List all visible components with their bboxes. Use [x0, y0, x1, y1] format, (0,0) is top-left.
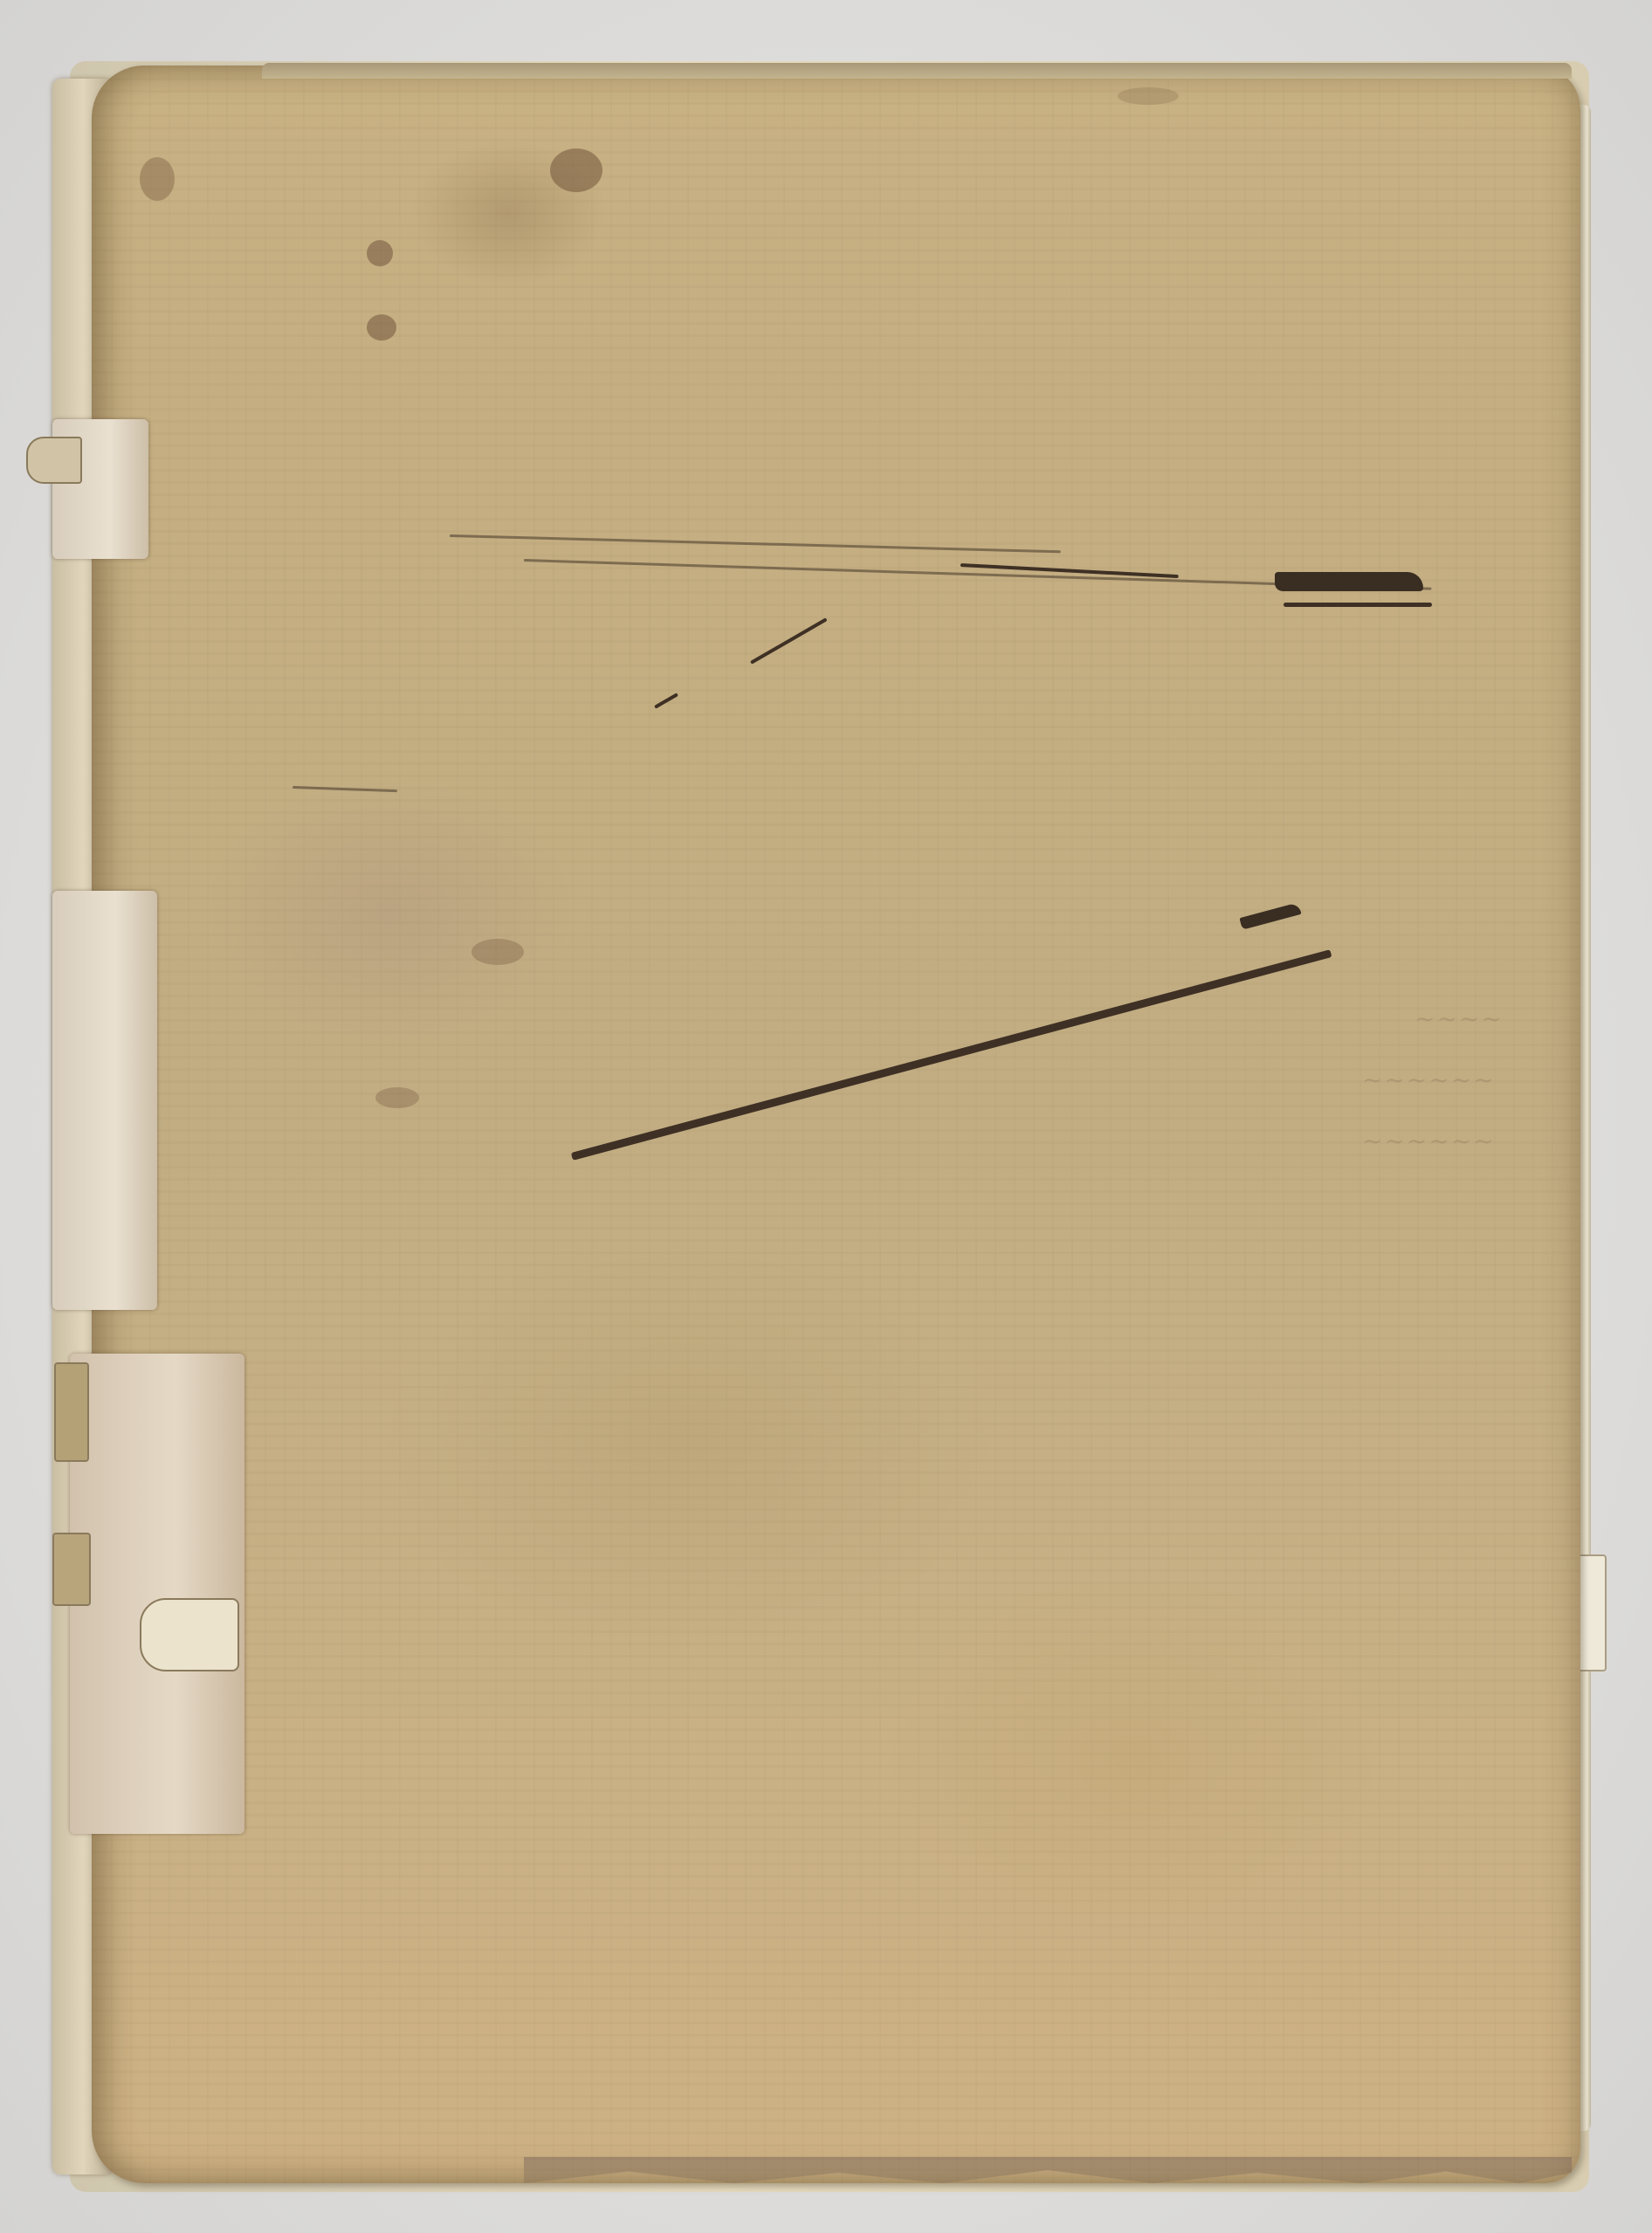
faded-script: ~~~~ — [1415, 1004, 1504, 1033]
curled-paper-flap — [140, 1598, 239, 1671]
paper-flap — [54, 1362, 89, 1462]
stain-spot — [140, 157, 175, 201]
torn-spine-fragment — [70, 1354, 244, 1834]
faded-script: ~~~~~~ — [1362, 1065, 1496, 1094]
stain-spot — [367, 314, 396, 341]
ink-blot — [1275, 572, 1423, 591]
stain-spot — [472, 939, 524, 965]
paper-flap — [26, 437, 82, 484]
paper-flap — [52, 1533, 91, 1606]
pen-line — [1284, 603, 1432, 607]
book-cover — [92, 65, 1580, 2183]
stain-spot — [367, 240, 393, 266]
faded-script: ~~~~~~ — [1362, 1127, 1496, 1155]
torn-spine-fragment — [52, 891, 157, 1310]
stain-spot — [1118, 87, 1179, 105]
cover-top-edge — [262, 63, 1572, 79]
stain-spot — [375, 1087, 419, 1108]
stain-spot — [550, 148, 602, 192]
